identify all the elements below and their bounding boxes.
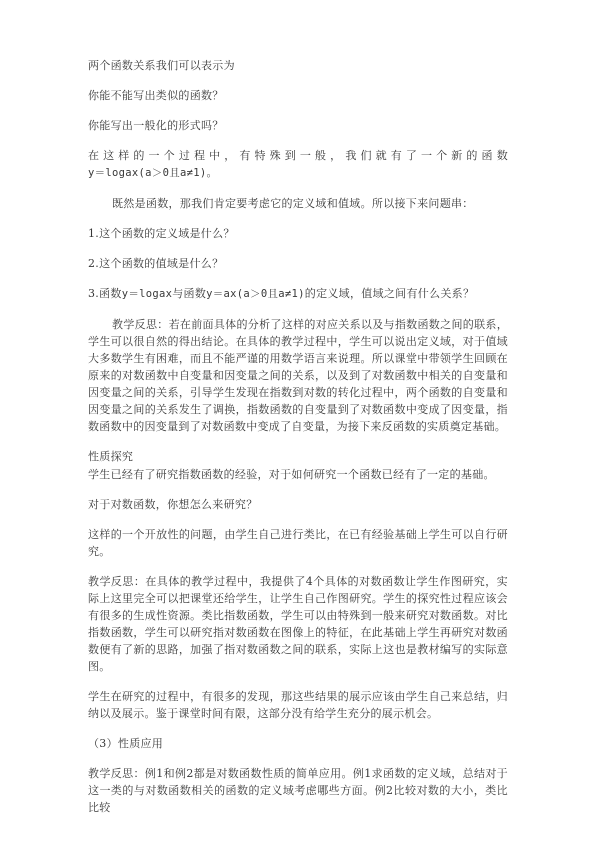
para-question-how-to-study: 对于对数函数，你想怎么来研究？ bbox=[88, 496, 508, 513]
text-run: 教学反思：若在前面具体的分析了这样的对应关系以及与指数函数之间的联系，学生可以很… bbox=[88, 318, 508, 433]
text-run: 你能写出一般化的形式吗？ bbox=[88, 119, 224, 132]
document-body: 两个函数关系我们可以表示为你能不能写出类似的函数？你能写出一般化的形式吗？在这样… bbox=[88, 57, 508, 816]
para-question-similar-function: 你能不能写出类似的函数？ bbox=[88, 87, 508, 104]
para-teaching-reflection-1: 教学反思：若在前面具体的分析了这样的对应关系以及与指数函数之间的联系，学生可以很… bbox=[88, 316, 508, 435]
text-run: 既然是函数，那我们肯定要考虑它的定义域和值域。所以接下来问题串： bbox=[112, 197, 474, 210]
text-run: 1.这个函数的定义域是什么？ bbox=[88, 227, 235, 240]
para-teaching-reflection-2: 教学反思：在具体的教学过程中，我提供了4个具体的对数函数让学生作图研究，实际上这… bbox=[88, 573, 508, 675]
text-run: 性质探究 bbox=[88, 450, 133, 463]
para-new-function: 在这样的一个过程中，有特殊到一般，我们就有了一个新的函数y＝logax(a＞0且… bbox=[88, 147, 508, 182]
text-run: 2.这个函数的值域是什么？ bbox=[88, 257, 223, 270]
para-question-1: 1.这个函数的定义域是什么？ bbox=[88, 225, 508, 242]
text-run: 教学反思：例1和例2都是对数函数性质的简单应用。例1求函数的定义域，总结对于这一… bbox=[88, 767, 508, 814]
text-run: 学生在研究的过程中，有很多的发现，那这些结果的展示应该由学生自己来总结，归纳以及… bbox=[88, 690, 508, 720]
text-run: 对于对数函数，你想怎么来研究？ bbox=[88, 498, 258, 511]
document-page: 两个函数关系我们可以表示为你能不能写出类似的函数？你能写出一般化的形式吗？在这样… bbox=[0, 0, 595, 842]
para-question-general-form: 你能写出一般化的形式吗？ bbox=[88, 117, 508, 134]
text-run: 3.函数 bbox=[88, 287, 122, 300]
formula-run: y＝logax(a＞0且a≠1) bbox=[88, 167, 206, 179]
para-teaching-reflection-3: 教学反思：例1和例2都是对数函数性质的简单应用。例1求函数的定义域，总结对于这一… bbox=[88, 765, 508, 816]
text-run: 与函数 bbox=[172, 287, 206, 300]
text-run: 两个函数关系我们可以表示为 bbox=[88, 59, 235, 72]
text-run: 你能不能写出类似的函数？ bbox=[88, 89, 224, 102]
formula-run: y＝logax bbox=[122, 288, 173, 300]
text-run: （3）性质应用 bbox=[88, 737, 163, 750]
text-run: 的定义域，值域之间有什么关系？ bbox=[305, 287, 475, 300]
text-run: 。 bbox=[206, 166, 217, 179]
text-run: 学生已经有了研究指数函数的经验，对于如何研究一个函数已经有了一定的基础。 bbox=[88, 468, 495, 481]
para-exploration-basis: 学生已经有了研究指数函数的经验，对于如何研究一个函数已经有了一定的基础。 bbox=[88, 466, 508, 483]
heading-property-application: （3）性质应用 bbox=[88, 735, 508, 752]
para-student-findings: 学生在研究的过程中，有很多的发现，那这些结果的展示应该由学生自己来总结，归纳以及… bbox=[88, 688, 508, 722]
para-question-3: 3.函数y＝logax与函数y＝ax(a＞0且a≠1)的定义域，值域之间有什么关… bbox=[88, 285, 508, 303]
text-run: 在这样的一个过程中，有特殊到一般，我们就有了一个新的函数 bbox=[88, 149, 508, 162]
text-run: 这样的一个开放性的问题，由学生自己进行类比，在已有经验基础上学生可以自行研究。 bbox=[88, 528, 508, 558]
text-run: 教学反思：在具体的教学过程中，我提供了4个具体的对数函数让学生作图研究，实际上这… bbox=[88, 575, 508, 673]
para-question-2: 2.这个函数的值域是什么？ bbox=[88, 255, 508, 272]
para-domain-range-intro: 既然是函数，那我们肯定要考虑它的定义域和值域。所以接下来问题串： bbox=[88, 195, 508, 212]
para-open-question: 这样的一个开放性的问题，由学生自己进行类比，在已有经验基础上学生可以自行研究。 bbox=[88, 526, 508, 560]
para-function-relation: 两个函数关系我们可以表示为 bbox=[88, 57, 508, 74]
formula-run: y＝ax(a＞0且a≠1) bbox=[206, 288, 305, 300]
heading-property-exploration: 性质探究 bbox=[88, 448, 508, 465]
